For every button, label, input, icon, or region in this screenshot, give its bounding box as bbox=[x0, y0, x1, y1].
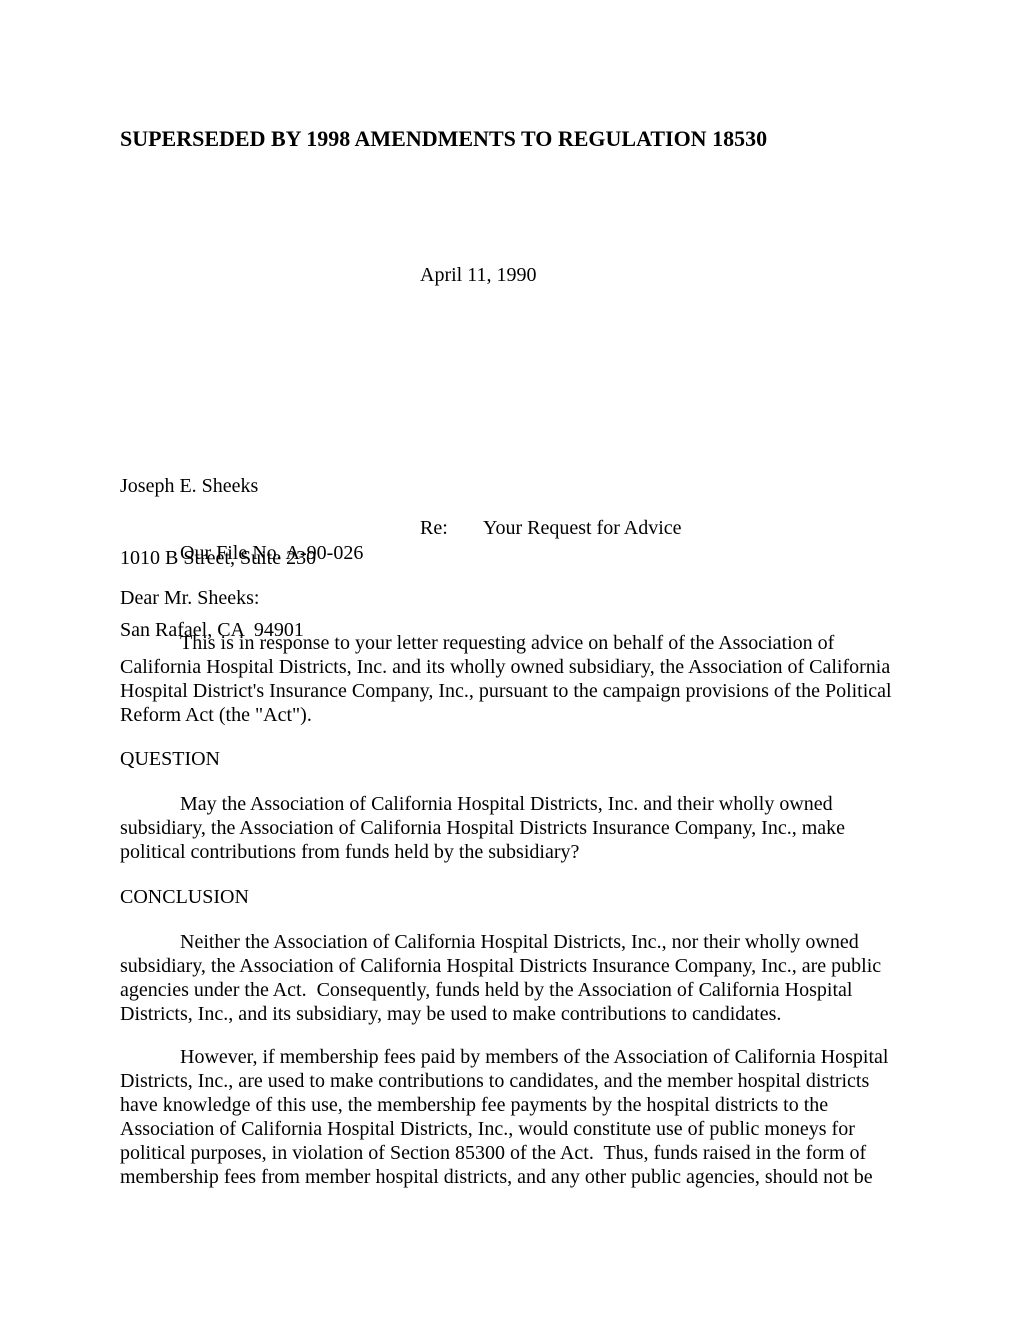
conclusion-paragraph: Neither the Association of California Ho… bbox=[120, 930, 896, 1026]
question-paragraph: May the Association of California Hospit… bbox=[120, 792, 896, 864]
document-page: SUPERSEDED BY 1998 AMENDMENTS TO REGULAT… bbox=[0, 0, 1020, 1320]
reference-label: Re: bbox=[420, 517, 448, 540]
reference-subject: Your Request for Advice bbox=[483, 517, 682, 540]
letter-date: April 11, 1990 bbox=[420, 264, 536, 287]
file-number: Our File No. A-90-026 bbox=[180, 542, 363, 565]
body-paragraph: However, if membership fees paid by memb… bbox=[120, 1045, 896, 1189]
intro-paragraph: This is in response to your letter reque… bbox=[120, 631, 896, 727]
conclusion-heading: CONCLUSION bbox=[120, 886, 249, 909]
salutation: Dear Mr. Sheeks: bbox=[120, 587, 259, 610]
superseded-banner: SUPERSEDED BY 1998 AMENDMENTS TO REGULAT… bbox=[120, 126, 767, 152]
recipient-name: Joseph E. Sheeks bbox=[120, 474, 316, 498]
question-heading: QUESTION bbox=[120, 748, 220, 771]
